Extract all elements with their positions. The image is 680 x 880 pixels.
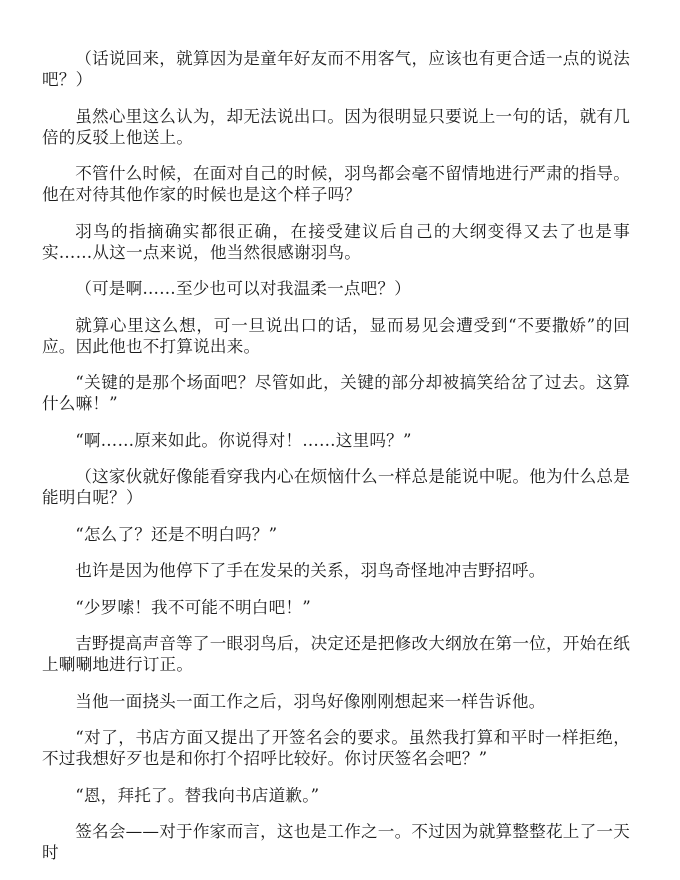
paragraph: 签名会——对于作家而言，这也是工作之一。不过因为就算整整花上了一天时 <box>42 821 630 863</box>
paragraph: “啊……原来如此。你说得对！……这里吗？” <box>42 430 630 451</box>
paragraph: 也许是因为他停下了手在发呆的关系，羽鸟奇怪地冲吉野招呼。 <box>42 560 630 581</box>
paragraph: 虽然心里这么认为，却无法说出口。因为很明显只要说上一句的话，就有几倍的反驳上他送… <box>42 106 630 148</box>
paragraph: “恩，拜托了。替我向书店道歉。” <box>42 785 630 806</box>
paragraph: “对了，书店方面又提出了开签名会的要求。虽然我打算和平时一样拒绝，不过我想好歹也… <box>42 727 630 769</box>
paragraph: 不管什么时候，在面对自己的时候，羽鸟都会毫不留情地进行严肃的指导。他在对待其他作… <box>42 163 630 205</box>
paragraph: 当他一面挠头一面工作之后，羽鸟好像刚刚想起来一样告诉他。 <box>42 691 630 712</box>
paragraph: 吉野提高声音等了一眼羽鸟后，决定还是把修改大纲放在第一位，开始在纸上唰唰地进行订… <box>42 633 630 675</box>
paragraph: （可是啊……至少也可以对我温柔一点吧？） <box>42 278 630 299</box>
paragraph: 就算心里这么想，可一旦说出口的话，显而易见会遭受到“不要撒娇”的回应。因此他也不… <box>42 315 630 357</box>
paragraph: “少罗嗦！我不可能不明白吧！” <box>42 597 630 618</box>
paragraph: （这家伙就好像能看穿我内心在烦恼什么一样总是能说中呢。他为什么总是能明白呢？） <box>42 466 630 508</box>
paragraph: “关键的是那个场面吧？尽管如此，关键的部分却被搞笑给岔了过去。这算什么嘛！” <box>42 372 630 414</box>
paragraph: “怎么了？还是不明白吗？” <box>42 524 630 545</box>
paragraph: 羽鸟的指摘确实都很正确，在接受建议后自己的大纲变得又去了也是事实……从这一点来说… <box>42 221 630 263</box>
paragraph: （话说回来，就算因为是童年好友而不用客气，应该也有更合适一点的说法吧？） <box>42 48 630 90</box>
document-page: （话说回来，就算因为是童年好友而不用客气，应该也有更合适一点的说法吧？） 虽然心… <box>42 48 630 879</box>
